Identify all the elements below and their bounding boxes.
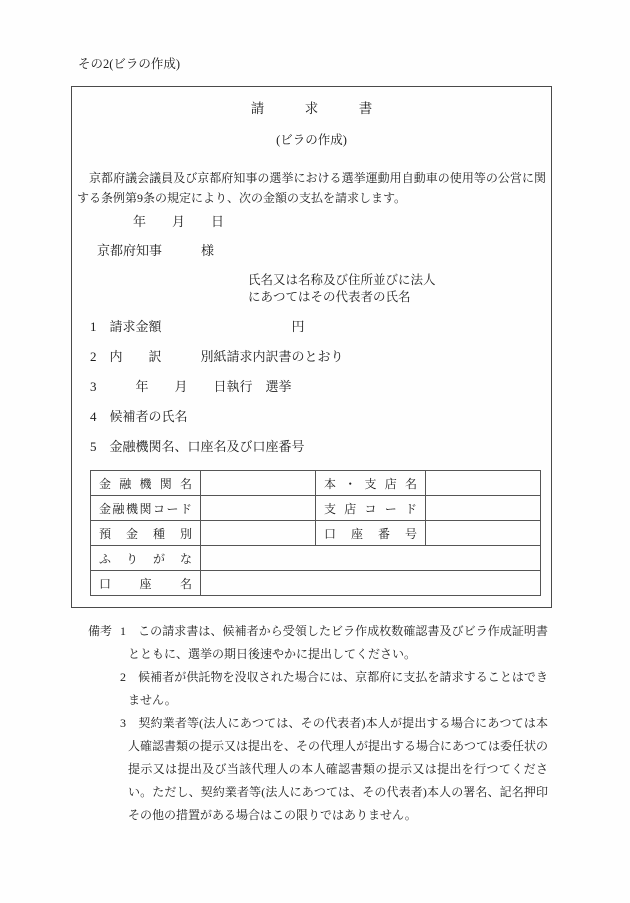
branch-name-label: 本・支店名 xyxy=(316,471,426,496)
doc-tag: その2(ビラの作成) xyxy=(78,57,180,71)
claim-item-candidate-name: 4 候補者の氏名 xyxy=(90,410,551,424)
name-note-line1: 氏名又は名称及び住所並びに法人 xyxy=(248,272,551,289)
remark-item-3: 3 契約業者等(法人にあつては、その代表者)本人が提出する場合にあつては本人確認… xyxy=(128,712,548,827)
furigana-value-cell xyxy=(201,546,541,571)
bank-table-row-institution: 金融機関名 本・支店名 xyxy=(91,471,541,496)
date-line: 年 月 日 xyxy=(133,215,551,229)
remark-item-1: 1 この請求書は、候補者から受領したビラ作成枚数確認書及びビラ作成証明書とともに… xyxy=(128,620,548,666)
claim-item-amount: 1 請求金額 円 xyxy=(90,320,551,334)
bank-table: 金融機関名 本・支店名 金融機関コード 支店コード 預金種別 口座番号 xyxy=(90,470,541,596)
account-number-label: 口座番号 xyxy=(316,521,426,546)
bank-table-row-furigana: ふりがな xyxy=(91,546,541,571)
bank-code-label: 金融機関コード xyxy=(91,496,201,521)
branch-code-label: 支店コード xyxy=(316,496,426,521)
deposit-type-value-cell xyxy=(201,521,316,546)
bank-institution-value-cell xyxy=(201,471,316,496)
form-title: 請 求 書 xyxy=(72,100,551,118)
branch-name-value-cell xyxy=(426,471,541,496)
intro-paragraph: 京都府議会議員及び京都府知事の選挙における選挙運動用自動車の使用等の公営に関する… xyxy=(77,168,546,208)
remarks-list: 1 この請求書は、候補者から受領したビラ作成枚数確認書及びビラ作成証明書とともに… xyxy=(128,620,548,827)
bank-institution-label: 金融機関名 xyxy=(91,471,201,496)
form-subtitle: (ビラの作成) xyxy=(72,132,551,148)
name-note-line2: にあつてはその代表者の氏名 xyxy=(248,289,551,306)
account-name-value-cell xyxy=(201,571,541,596)
remarks-heading: 備考 xyxy=(88,620,112,827)
account-number-value-cell xyxy=(426,521,541,546)
addressee-line: 京都府知事 様 xyxy=(97,244,551,258)
account-name-label: 口座名 xyxy=(91,571,201,596)
claim-item-bank-info: 5 金融機関名、口座名及び口座番号 xyxy=(90,440,551,454)
claim-item-election-date: 3 年 月 日執行 選挙 xyxy=(90,380,551,394)
document-page: その2(ビラの作成) 請 求 書 (ビラの作成) 京都府議会議員及び京都府知事の… xyxy=(0,0,630,903)
bank-table-row-account-name: 口座名 xyxy=(91,571,541,596)
branch-code-value-cell xyxy=(426,496,541,521)
bank-code-value-cell xyxy=(201,496,316,521)
bank-table-row-account-type: 預金種別 口座番号 xyxy=(91,521,541,546)
deposit-type-label: 預金種別 xyxy=(91,521,201,546)
remark-item-2: 2 候補者が供託物を没収された場合には、京都府に支払を請求することはできません。 xyxy=(128,666,548,712)
claim-item-breakdown: 2 内 訳 別紙請求内訳書のとおり xyxy=(90,350,551,364)
furigana-label: ふりがな xyxy=(91,546,201,571)
form-box: 請 求 書 (ビラの作成) 京都府議会議員及び京都府知事の選挙における選挙運動用… xyxy=(71,86,552,608)
remarks-section: 備考 1 この請求書は、候補者から受領したビラ作成枚数確認書及びビラ作成証明書と… xyxy=(88,620,558,827)
name-note: 氏名又は名称及び住所並びに法人 にあつてはその代表者の氏名 xyxy=(248,272,551,306)
claim-items: 1 請求金額 円 2 内 訳 別紙請求内訳書のとおり 3 年 月 日執行 選挙 … xyxy=(90,320,551,454)
bank-table-row-codes: 金融機関コード 支店コード xyxy=(91,496,541,521)
